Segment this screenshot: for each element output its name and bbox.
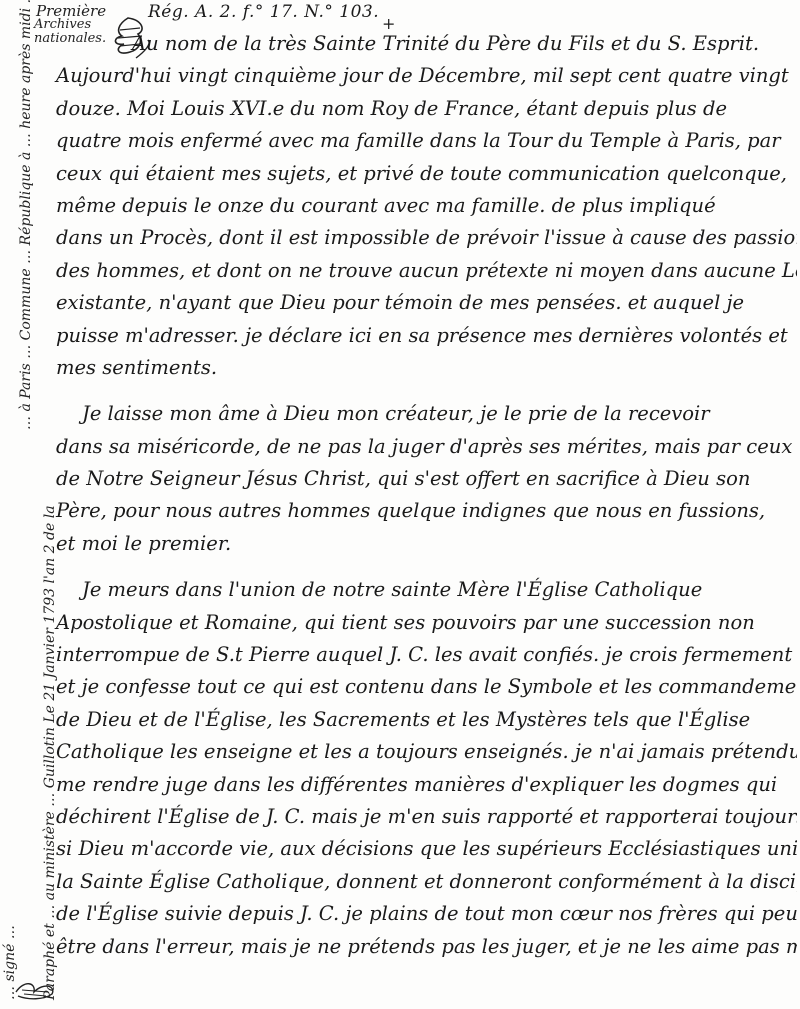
- text-line: ceux qui étaient mes sujets, et privé de…: [42, 158, 797, 190]
- manuscript-page: Première Archives nationales. Rég. A. 2.…: [0, 0, 800, 1009]
- text-line: quatre mois enfermé avec ma famille dans…: [42, 125, 797, 157]
- testament-body: Au nom de la très Sainte Trinité du Père…: [42, 28, 797, 963]
- archive-note-line: Première: [36, 4, 106, 18]
- text-line: Père, pour nous autres hommes quelque in…: [42, 495, 797, 527]
- text-line: dans un Procès, dont il est impossible d…: [42, 222, 797, 254]
- text-line: et moi le premier.: [42, 528, 797, 560]
- text-line: la Sainte Église Catholique, donnent et …: [42, 866, 797, 898]
- text-line: déchirent l'Église de J. C. mais je m'en…: [42, 801, 797, 833]
- text-line: Je meurs dans l'union de notre sainte Mè…: [42, 574, 797, 606]
- text-line: être dans l'erreur, mais je ne prétends …: [42, 931, 797, 963]
- register-reference: Rég. A. 2. f.° 17. N.° 103.: [148, 2, 379, 22]
- text-line: douze. Moi Louis XVI.e du nom Roy de Fra…: [42, 93, 797, 125]
- text-line: puisse m'adresser. je déclare ici en sa …: [42, 320, 797, 352]
- text-line: me rendre juge dans les différentes mani…: [42, 769, 797, 801]
- signature-flourish-icon: [14, 978, 58, 1002]
- text-line: de Dieu et de l'Église, les Sacrements e…: [42, 704, 797, 736]
- text-line: mes sentiments.: [42, 352, 797, 384]
- text-line: même depuis le onze du courant avec ma f…: [42, 190, 797, 222]
- text-line: Au nom de la très Sainte Trinité du Père…: [42, 28, 797, 60]
- text-line: Apostolique et Romaine, qui tient ses po…: [42, 607, 797, 639]
- margin-note-outer: … à Paris … Commune … République à … heu…: [18, 70, 36, 430]
- text-line: de l'Église suivie depuis J. C. je plain…: [42, 898, 797, 930]
- text-line: Catholique les enseigne et les a toujour…: [42, 736, 797, 768]
- text-line: de Notre Seigneur Jésus Christ, qui s'es…: [42, 463, 797, 495]
- text-line: et je confesse tout ce qui est contenu d…: [42, 671, 797, 703]
- text-line: si Dieu m'accorde vie, aux décisions que…: [42, 833, 797, 865]
- text-line: existante, n'ayant que Dieu pour témoin …: [42, 287, 797, 319]
- text-line: dans sa miséricorde, de ne pas la juger …: [42, 431, 797, 463]
- text-line: Je laisse mon âme à Dieu mon créateur, j…: [42, 398, 797, 430]
- text-line: Aujourd'hui vingt cinquième jour de Déce…: [42, 60, 797, 92]
- text-line: interrompue de S.t Pierre auquel J. C. l…: [42, 639, 797, 671]
- text-line: des hommes, et dont on ne trouve aucun p…: [42, 255, 797, 287]
